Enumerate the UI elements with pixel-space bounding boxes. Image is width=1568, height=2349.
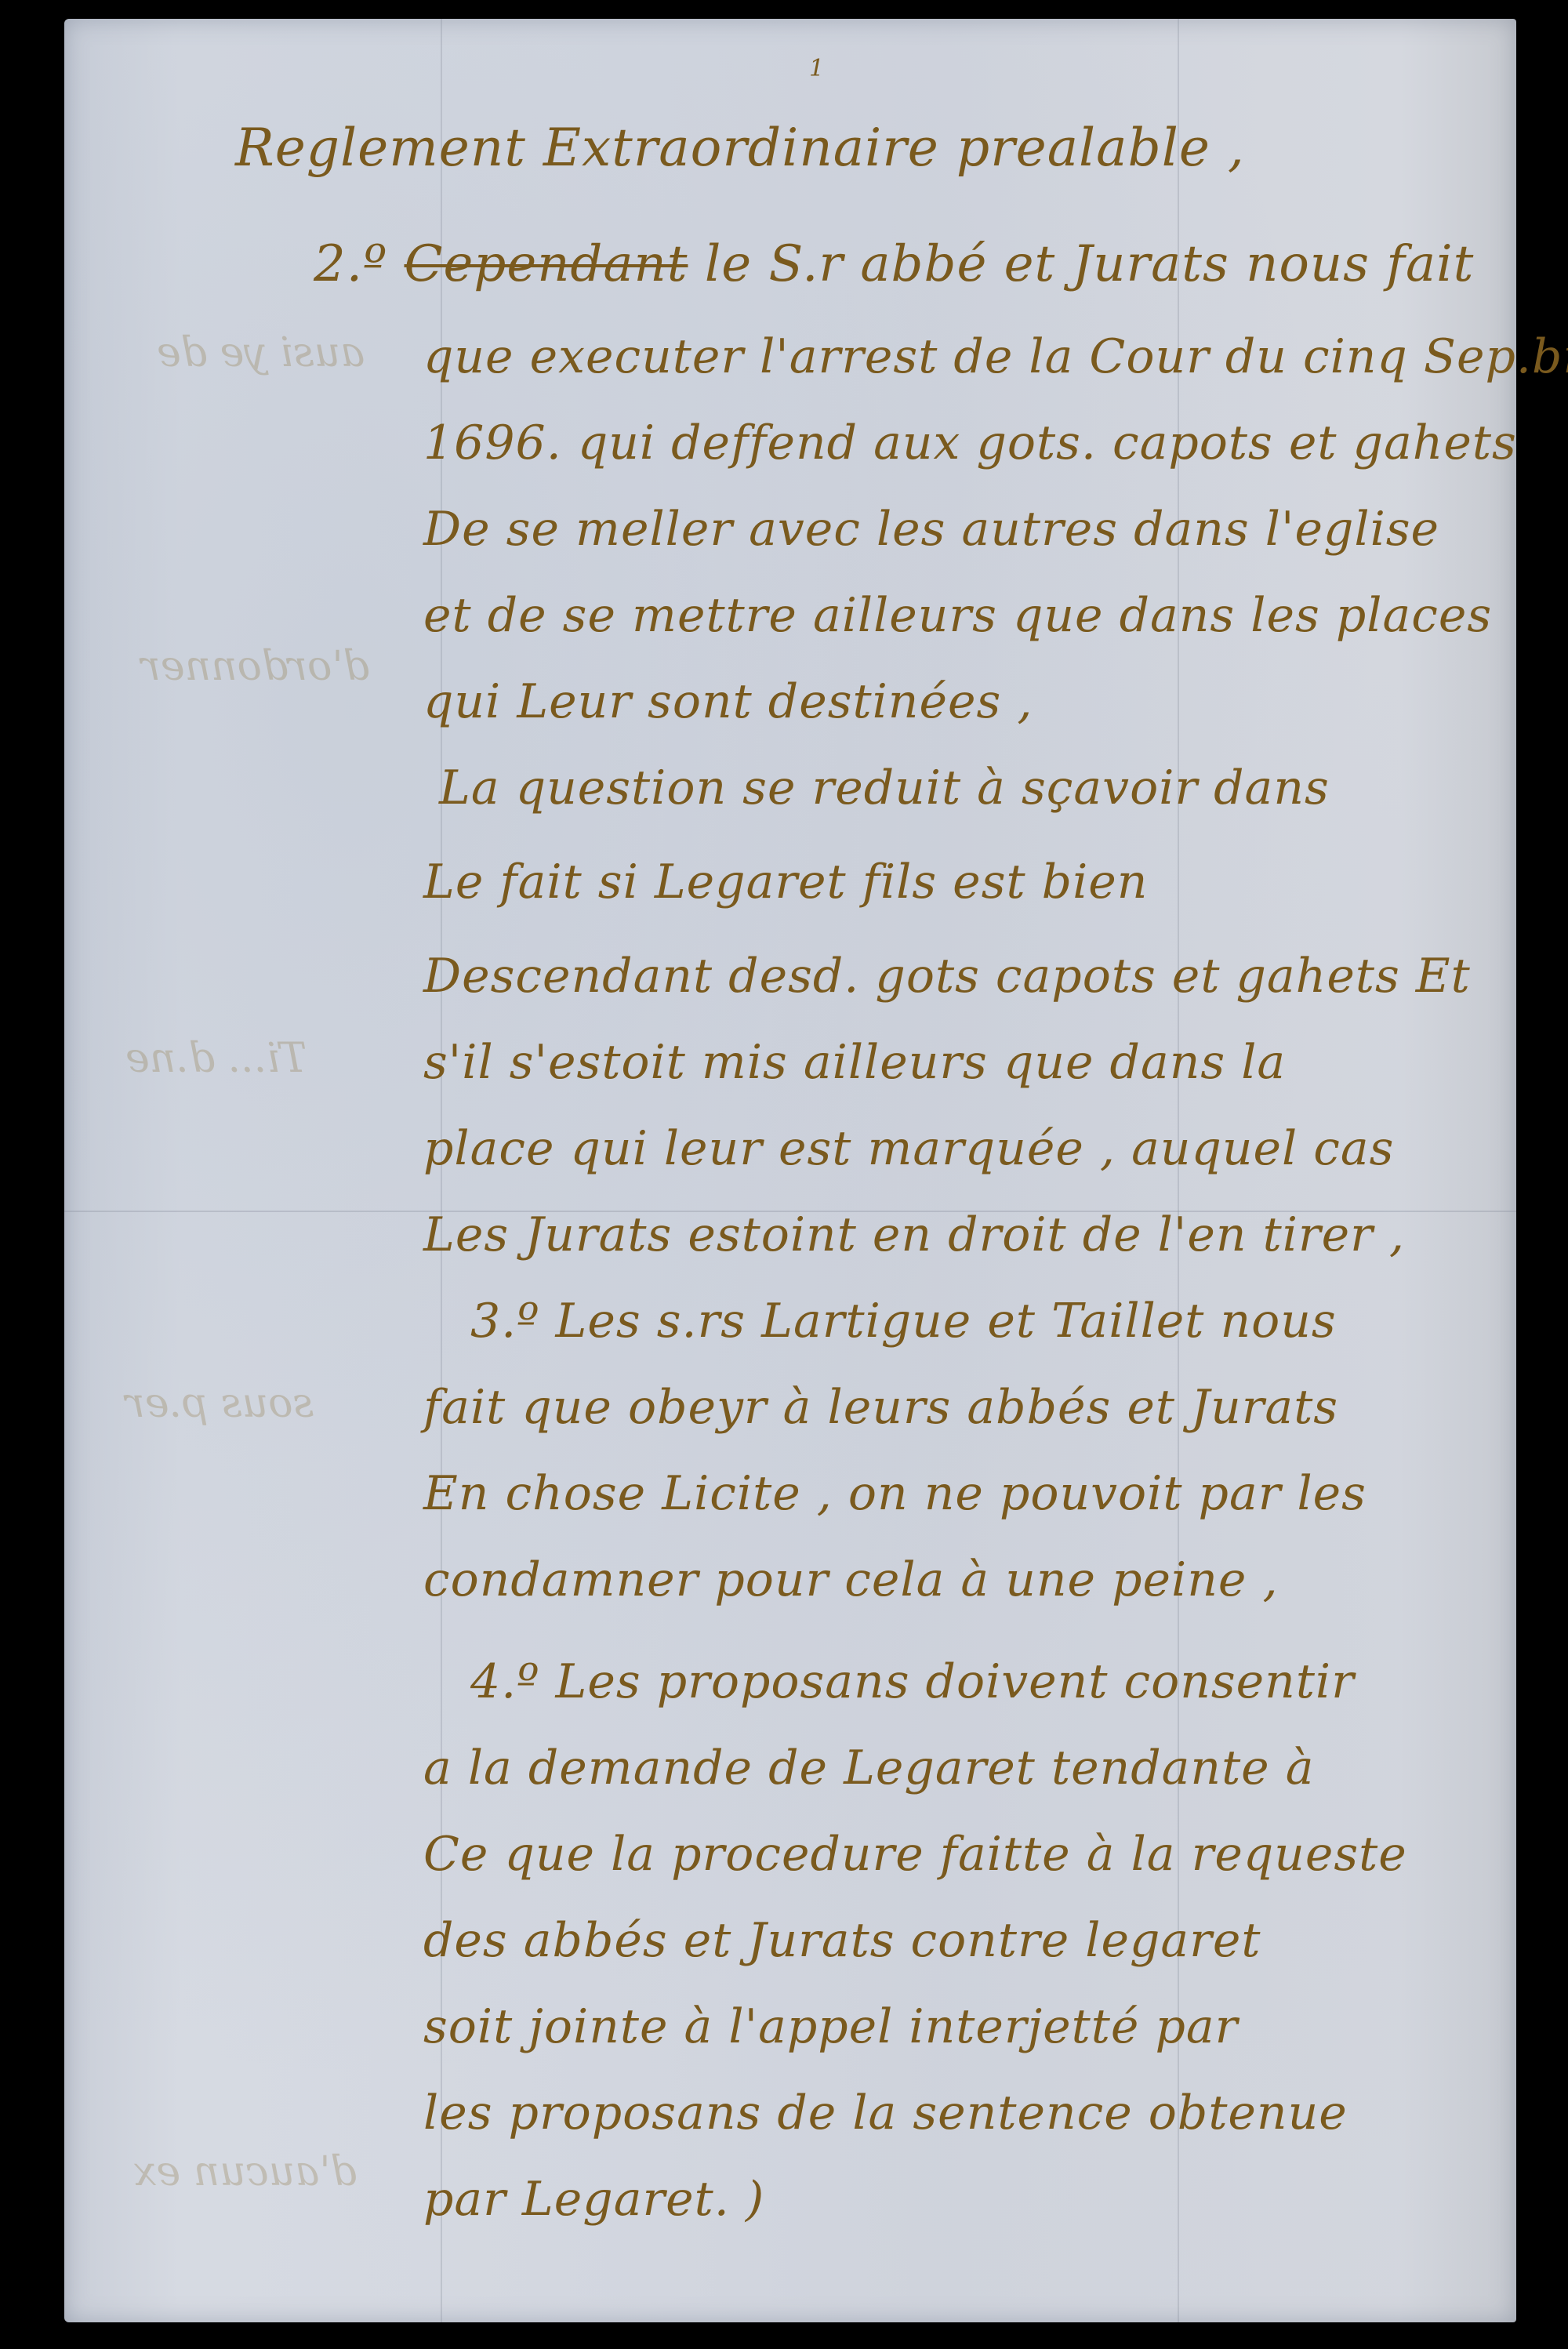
manuscript-line: condamner pour cela à une peine , [423,1552,1279,1607]
manuscript-line: 4.º Les proposans doivent consentir [470,1654,1355,1709]
manuscript-line: que executer l'arrest de la Cour du cinq… [423,329,1568,384]
manuscript-line: Descendant desd. gots capots et gahets E… [423,949,1471,1004]
manuscript-line: des abbés et Jurats contre legaret [423,1913,1261,1968]
manuscript-line: les proposans de la sentence obtenue [423,2086,1348,2140]
manuscript-line: soit jointe à l'appel interjetté par [423,1999,1238,2054]
manuscript-line: 3.º Les s.rs Lartigue et Taillet nous [470,1294,1337,1349]
bleed-through-text: d'ordonner [141,643,369,690]
manuscript-line: Les Jurats estoint en droit de l'en tire… [423,1207,1405,1262]
manuscript-line: fait que obeyr à leurs abbés et Jurats [423,1380,1338,1435]
struck-through-word: Cependant [405,235,688,293]
bleed-through-text: d'aucun ex [133,2148,357,2195]
manuscript-line: De se meller avec les autres dans l'egli… [423,502,1439,557]
manuscript-line: par Legaret. ) [423,2172,764,2227]
manuscript-line: Ce que la procedure faitte à la requeste [423,1827,1407,1882]
bleed-through-text: ausi ye de [157,329,365,376]
manuscript-line: s'il s'estoit mis ailleurs que dans la [423,1035,1286,1090]
manuscript-line: et de se mettre ailleurs que dans les pl… [423,588,1492,643]
manuscript-line: 1696. qui deffend aux gots. capots et ga… [423,416,1517,470]
manuscript-line: La question se reduit à sçavoir dans [439,761,1330,815]
manuscript-line: Le fait si Legaret fils est bien [423,855,1148,909]
bleed-through-text: sous p.er [125,1380,314,1427]
manuscript-line: place qui leur est marquée , auquel cas [423,1121,1394,1176]
manuscript-line: Reglement Extraordinaire prealable , [235,118,1245,178]
manuscript-line: 2.º Cependant le S.r abbé et Jurats nous… [314,235,1474,293]
manuscript-line: a la demande de Legaret tendante à [423,1741,1315,1795]
manuscript-line: En chose Licite , on ne pouvoit par les [423,1466,1367,1521]
manuscript-line: qui Leur sont destinées , [423,674,1033,729]
bleed-through-text: Ti... d.ne [125,1035,307,1082]
folio-number: 1 [809,55,824,82]
